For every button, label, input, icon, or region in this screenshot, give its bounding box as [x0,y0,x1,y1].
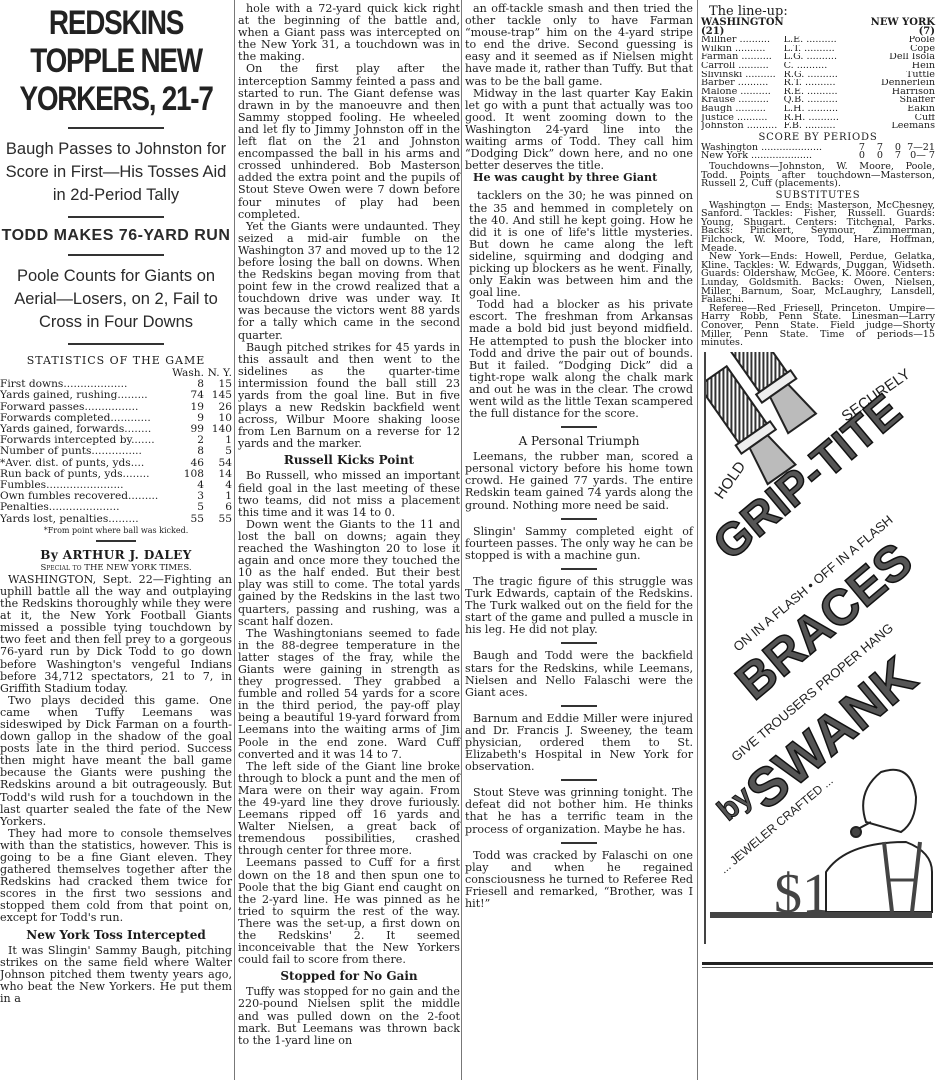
lineup-row: Baugh ..........L.H. ..........Eakin [701,105,935,114]
divider [561,426,597,428]
paragraph: On the first play after the interception… [238,63,460,220]
note-item: The tragic figure of this struggle was T… [465,576,693,636]
divider [561,842,597,844]
note-item: Todd was cracked by Falaschi on one play… [465,850,693,910]
subhead: New York Toss Intercepted [0,928,232,942]
paragraph: tacklers on the 30; he was pinned on the… [469,190,693,299]
paragraph: Leemans passed to Cuff for a first down … [238,857,460,966]
deck-1: Baugh Passes to Johnston for Score in Fi… [0,138,232,207]
substitutes: Washington — Ends: Masterson, McChesney,… [701,202,935,348]
ad-rule [702,962,933,965]
divider [68,254,164,256]
note-item: Barnum and Eddie Miller were injured and… [465,713,693,773]
divider [68,127,164,129]
paragraph: It was Slingin' Sammy Baugh, pitching st… [0,945,232,1005]
paragraph: WASHINGTON, Sept. 22—Fighting an uphill … [0,574,232,695]
article-body-col1-cont: It was Slingin' Sammy Baugh, pitching st… [0,945,232,1005]
article-body-col3-cont: tacklers on the 30; he was pinned on the… [465,190,693,420]
team-away: NEW YORK (7) [854,19,935,36]
article-body-col3: an off-tackle smash and then tried the o… [465,3,693,172]
lineup-row: Millner ..........L.E. ..........Poole [701,36,935,45]
paragraph: Bo Russell, who missed an important fiel… [238,470,460,518]
divider [561,705,597,707]
team-home: WASHINGTON (21) [701,19,784,36]
stats-row: Number of punts...............85 [0,446,232,457]
column-rule [697,0,698,1080]
column-1: REDSKINS TOPPLE NEW YORKERS, 21-7 Baugh … [0,0,232,1005]
stats-note: *From point where ball was kicked. [0,526,232,535]
article-body-col2-end: Tuffy was stopped for no gain and the 22… [238,986,460,1046]
subhead: A Personal Triumph [465,434,693,448]
paragraph: Tuffy was stopped for no gain and the 22… [238,986,460,1046]
subhead: Russell Kicks Point [238,453,460,467]
paragraph: an off-tackle smash and then tried the o… [465,3,693,88]
lineup-row: Slivinski ..........R.G. ..........Tuttl… [701,71,935,80]
paragraph: Referee—Red Friesell, Princeton. Umpire—… [701,305,935,348]
lineup-row: Barber ..........R.T. ..........Dennerle… [701,79,935,88]
paragraph: They had more to console themselves with… [0,828,232,925]
paragraph: The left side of the Giant line broke th… [238,761,460,858]
bold-line: He was caught by three Giant [465,172,693,184]
touchdowns: Touchdowns—Johnston, W. Moore, Poole, To… [701,163,935,189]
man-with-pipe-illustration [826,770,932,912]
lineup-row: Carroll ..........C. ..........Hein [701,62,935,71]
lineup-row: Farman ..........L.G. ..........Dell Iso… [701,53,935,62]
stats-row: Yards lost, penalties.........5555 [0,514,232,525]
advertisement-swank-braces: HOLD SECURELY GRIP-TITE ON IN A FLASH • … [704,352,936,944]
stats-table: Wash. N. Y. First downs.................… [0,368,232,525]
stats-row: Penalties.....................56 [0,502,232,513]
divider [561,779,597,781]
divider [68,343,164,345]
divider [561,642,597,644]
column-3: an off-tackle smash and then tried the o… [465,0,693,910]
paragraph: The Washingtonians seemed to fade in the… [238,628,460,761]
paragraph: hole with a 72-yard quick kick right at … [238,3,460,63]
lineup-row: Wilkin ..........L.T. ..........Cope [701,45,935,54]
stats-row: Yards gained, rushing.........74145 [0,390,232,401]
divider [561,518,597,520]
paragraph: Washington — Ends: Masterson, McChesney,… [701,202,935,254]
column-4: The line-up: WASHINGTON (21) NEW YORK (7… [701,0,935,348]
paragraph: Baugh pitched strikes for 45 yards in th… [238,342,460,451]
paragraph: Down went the Giants to the 11 and lost … [238,519,460,628]
divider [561,568,597,570]
lineup-table: WASHINGTON (21) NEW YORK (7) Millner ...… [701,19,935,131]
score-table: Washington ....................7707—21Ne… [701,144,935,161]
lineup-row: Johnston ..........F.B. ..........Leeman… [701,122,935,131]
paragraph: New York—Ends: Howell, Perdue, Gelatka, … [701,253,935,305]
lineup-row: Justice ..........R.H. ..........Cuff [701,114,935,123]
column-rule [234,0,235,1080]
deck-3: Poole Counts for Giants on Aerial—Losers… [0,265,232,334]
ad-rule [702,967,933,968]
note-item: Slingin' Sammy completed eight of fourte… [465,526,693,562]
lineup-row: Krause ..........Q.B. ..........Shaffer [701,96,935,105]
divider [68,216,164,218]
stats-title: STATISTICS OF THE GAME [0,354,232,367]
paragraph: Midway in the last quarter Kay Eakin let… [465,88,693,173]
dateline-credit: Special to THE NEW YORK TIMES. [0,563,232,573]
article-body-col2: hole with a 72-yard quick kick right at … [238,3,460,450]
lineup-row: Malone ..........R.E. ..........Harrison [701,88,935,97]
paragraph: Yet the Giants were undaunted. They seiz… [238,221,460,342]
main-headline: REDSKINS TOPPLE NEW YORKERS, 21-7 [0,4,232,118]
score-row: New York ....................0070— 7 [701,152,935,161]
note-item: Stout Steve was grinning tonight. The de… [465,787,693,835]
column-2: hole with a 72-yard quick kick right at … [238,0,460,1047]
column-rule [461,0,462,1080]
paragraph: Two plays decided this game. One came wh… [0,695,232,828]
ad-artwork: HOLD SECURELY GRIP-TITE ON IN A FLASH • … [706,352,936,944]
paragraph: Todd had a blocker as his private escort… [469,299,693,420]
deck-2: TODD MAKES 76-YARD RUN [0,227,232,245]
notes-list: Leemans, the rubber man, scored a person… [465,451,693,910]
divider [96,540,136,542]
note-item: Baugh and Todd were the backfield stars … [465,650,693,698]
subhead: Stopped for No Gain [238,969,460,983]
article-body-col1: WASHINGTON, Sept. 22—Fighting an uphill … [0,574,232,925]
note-item: Leemans, the rubber man, scored a person… [465,451,693,511]
byline: By ARTHUR J. DALEY [0,548,232,562]
article-body-col2-cont: Bo Russell, who missed an important fiel… [238,470,460,966]
